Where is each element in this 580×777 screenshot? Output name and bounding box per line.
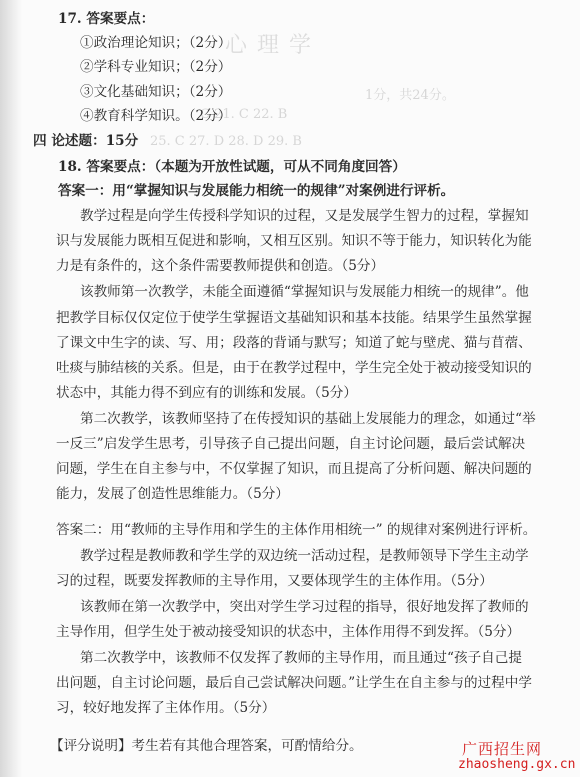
answer2-title-text: 答案二：用“教师的主导作用和学生的主体作用相统一” 的规律对案例进行评析。 bbox=[56, 522, 536, 538]
answer1-line: 了课文中生字的读、写、用；段落的背诵与默写；知道了蛇与壁虎、猫与苜蓿、 bbox=[56, 334, 532, 352]
scoring-note: 【评分说明】考生若有其他合理答案，可酌情给分。 bbox=[50, 737, 363, 755]
answer2-line: 教学过程是教师教和学生学的双边统一活动过程，是教师领导下学生主动学 bbox=[80, 547, 529, 565]
answer1-title-text: 答案一：用“掌握知识与发展能力相统一的规律”对案例进行评析。 bbox=[58, 183, 454, 199]
q17-point: ③文化基础知识；（2分） bbox=[80, 83, 231, 101]
section-heading: 四 论述题：15分 bbox=[33, 132, 138, 150]
q17-heading: 17. 答案要点： bbox=[58, 10, 154, 28]
answer1-line: 教学过程是向学生传授科学知识的过程，又是发展学生智力的过程，掌握知 bbox=[80, 207, 529, 225]
answer1-line: 力是有条件的，这个条件需要教师提供和创造。（5分） bbox=[56, 257, 384, 275]
answer1-line: 一反三”启发学生思考，引导孩子自己提出问题，自主讨论问题，最后尝试解决 bbox=[56, 435, 525, 453]
q17-point: ①政治理论知识；（2分） bbox=[80, 34, 231, 52]
answer1-title: 答案一：用“掌握知识与发展能力相统一的规律”对案例进行评析。 bbox=[58, 182, 454, 200]
bleed-through-fragment: 25. C 27. D 28. D 29. B bbox=[150, 134, 302, 149]
answer1-line: 吐痰与肺结核的关系。但是，由于在教学过程中，学生完全处于被动接受知识的 bbox=[56, 359, 532, 377]
answer2-line: 该教师在第一次教学中，突出对学生学习过程的指导，很好地发挥了教师的 bbox=[80, 598, 529, 616]
answer1-line: 识与发展能力既相互促进和影响，又相互区别。知识不等于能力，知识转化为能 bbox=[56, 232, 532, 250]
watermark-url: zhaosheng.gx.cn bbox=[458, 757, 575, 772]
watermark-site-name: 广西招生网 bbox=[462, 738, 542, 759]
answer1-line: 第二次教学，该教师坚持了在传授知识的基础上发展能力的理念，如通过“举 bbox=[80, 410, 536, 428]
bleed-through-fragment: 1分，共24分。 bbox=[365, 84, 455, 103]
answer2-line: 第二次教学中，该教师不仅发挥了教师的主导作用，而且通过“孩子自己提 bbox=[80, 649, 522, 667]
answer1-line: 把教学目标仅仅定位于使学生掌握语文基础知识和基本技能。结果学生虽然掌握 bbox=[56, 309, 532, 327]
answer2-title: 答案二：用“教师的主导作用和学生的主体作用相统一” 的规律对案例进行评析。 bbox=[56, 521, 536, 539]
answer1-line: 能力，发展了创造性思维能力。（5分） bbox=[56, 485, 289, 503]
q17-point: ②学科专业知识；（2分） bbox=[80, 58, 231, 76]
scanned-answer-page: 心理学 1分，共24分。 C 21. C 22. B 25. C 27. D 2… bbox=[0, 0, 580, 777]
answer1-line: 问题，学生在自主参与中，不仅掌握了知识，而且提高了分析问题、解决问题的 bbox=[56, 460, 532, 478]
scan-edge-shadow bbox=[0, 0, 22, 777]
answer2-line: 习，较好地发挥了主体作用。（5分） bbox=[56, 699, 275, 717]
answer1-line: 该教师第一次教学，未能全面遵循“掌握知识与发展能力相统一的规律”。他 bbox=[80, 283, 529, 301]
answer2-line: 出问题，自主讨论问题，最后自己尝试解决问题。”让学生在自主参与的过程中学 bbox=[56, 674, 532, 692]
bleed-through-title: 心理学 bbox=[225, 28, 321, 59]
q17-point: ④教育科学知识。（2分） bbox=[80, 107, 231, 125]
answer2-line: 主导作用，但学生处于被动接受知识的状态中，主体作用得不到发挥。（5分） bbox=[56, 623, 520, 641]
answer2-line: 习的过程，既要发挥教师的主导作用，又要体现学生的主体作用。（5分） bbox=[56, 572, 493, 590]
q18-heading: 18. 答案要点：（本题为开放性试题，可从不同角度回答） bbox=[58, 158, 406, 176]
answer1-line: 状态中，其能力得不到应有的训练和发展。（5分） bbox=[56, 384, 357, 402]
